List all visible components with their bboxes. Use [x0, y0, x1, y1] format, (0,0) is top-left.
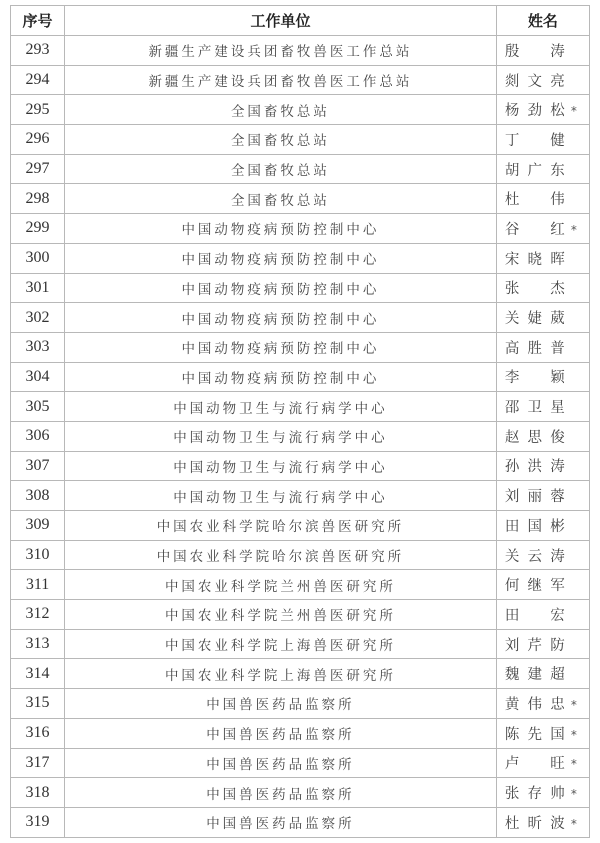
work-unit-cell: 中国农业科学院上海兽医研究所	[65, 659, 497, 689]
person-name: 高胜普	[505, 337, 567, 358]
person-name: 魏建超	[505, 663, 567, 684]
header-row: 序号 工作单位 姓名	[11, 6, 590, 36]
table-row: 293 新疆生产建设兵团畜牧兽医工作总站 殷 涛	[11, 36, 590, 66]
serial-number-cell: 297	[11, 154, 65, 184]
person-name: 杜 伟	[505, 188, 567, 209]
work-unit-cell: 中国动物疫病预防控制中心	[65, 243, 497, 273]
table-row: 315 中国兽医药品监察所 黄伟忠*	[11, 689, 590, 719]
serial-number-cell: 295	[11, 95, 65, 125]
asterisk-mark: *	[571, 757, 579, 771]
table-row: 294 新疆生产建设兵团畜牧兽医工作总站 剡文亮	[11, 65, 590, 95]
name-cell: 何继军	[496, 570, 589, 600]
person-name: 张 杰	[505, 277, 567, 298]
work-unit-cell: 中国动物疫病预防控制中心	[65, 362, 497, 392]
work-unit-cell: 中国农业科学院兰州兽医研究所	[65, 600, 497, 630]
name-cell: 宋晓晖	[496, 243, 589, 273]
name-cell: 邵卫星	[496, 392, 589, 422]
work-unit-cell: 中国兽医药品监察所	[65, 689, 497, 719]
name-cell: 杜昕波*	[496, 807, 589, 837]
work-unit-cell: 中国动物疫病预防控制中心	[65, 332, 497, 362]
serial-number-cell: 294	[11, 65, 65, 95]
asterisk-mark: *	[571, 698, 579, 712]
person-name: 黄伟忠	[505, 693, 567, 714]
header-work-unit: 工作单位	[65, 6, 497, 36]
serial-number-cell: 299	[11, 214, 65, 244]
person-name: 邵卫星	[505, 396, 567, 417]
serial-number-cell: 306	[11, 421, 65, 451]
serial-number-cell: 309	[11, 511, 65, 541]
person-name: 关婕葳	[505, 307, 567, 328]
work-unit-cell: 中国兽医药品监察所	[65, 807, 497, 837]
serial-number-cell: 310	[11, 540, 65, 570]
name-cell: 黄伟忠*	[496, 689, 589, 719]
serial-number-cell: 303	[11, 332, 65, 362]
table-row: 314 中国农业科学院上海兽医研究所 魏建超	[11, 659, 590, 689]
work-unit-cell: 中国兽医药品监察所	[65, 718, 497, 748]
serial-number-cell: 315	[11, 689, 65, 719]
serial-number-cell: 316	[11, 718, 65, 748]
work-unit-cell: 中国动物卫生与流行病学中心	[65, 421, 497, 451]
name-cell: 丁 健	[496, 125, 589, 155]
person-name: 殷 涛	[505, 40, 567, 61]
serial-number-cell: 296	[11, 125, 65, 155]
table-row: 311 中国农业科学院兰州兽医研究所 何继军	[11, 570, 590, 600]
serial-number-cell: 300	[11, 243, 65, 273]
name-cell: 杜 伟	[496, 184, 589, 214]
person-name: 卢 旺	[505, 752, 567, 773]
serial-number-cell: 307	[11, 451, 65, 481]
person-name: 赵思俊	[505, 426, 567, 447]
work-unit-cell: 全国畜牧总站	[65, 95, 497, 125]
serial-number-cell: 301	[11, 273, 65, 303]
name-cell: 关婕葳	[496, 303, 589, 333]
table-row: 304 中国动物疫病预防控制中心 李 颖	[11, 362, 590, 392]
table-row: 307 中国动物卫生与流行病学中心 孙洪涛	[11, 451, 590, 481]
asterisk-mark: *	[571, 104, 579, 118]
person-name: 田国彬	[505, 515, 567, 536]
work-unit-cell: 中国兽医药品监察所	[65, 778, 497, 808]
name-cell: 魏建超	[496, 659, 589, 689]
serial-number-cell: 317	[11, 748, 65, 778]
table-body: 293 新疆生产建设兵团畜牧兽医工作总站 殷 涛 294 新疆生产建设兵团畜牧兽…	[11, 36, 590, 838]
work-unit-cell: 中国动物卫生与流行病学中心	[65, 392, 497, 422]
name-cell: 卢 旺*	[496, 748, 589, 778]
name-cell: 田国彬	[496, 511, 589, 541]
serial-number-cell: 318	[11, 778, 65, 808]
work-unit-cell: 全国畜牧总站	[65, 125, 497, 155]
serial-number-cell: 314	[11, 659, 65, 689]
person-name: 刘芹防	[505, 634, 567, 655]
table-row: 301 中国动物疫病预防控制中心 张 杰	[11, 273, 590, 303]
serial-number-cell: 304	[11, 362, 65, 392]
asterisk-mark: *	[571, 728, 579, 742]
person-name: 杨劲松	[505, 99, 567, 120]
table-row: 297 全国畜牧总站 胡广东	[11, 154, 590, 184]
table-row: 305 中国动物卫生与流行病学中心 邵卫星	[11, 392, 590, 422]
work-unit-cell: 全国畜牧总站	[65, 184, 497, 214]
work-unit-cell: 中国动物卫生与流行病学中心	[65, 481, 497, 511]
asterisk-mark: *	[571, 817, 579, 831]
serial-number-cell: 312	[11, 600, 65, 630]
name-cell: 赵思俊	[496, 421, 589, 451]
serial-number-cell: 293	[11, 36, 65, 66]
work-unit-cell: 新疆生产建设兵团畜牧兽医工作总站	[65, 36, 497, 66]
table-row: 303 中国动物疫病预防控制中心 高胜普	[11, 332, 590, 362]
name-cell: 刘丽蓉	[496, 481, 589, 511]
table-row: 295 全国畜牧总站 杨劲松*	[11, 95, 590, 125]
asterisk-mark: *	[571, 223, 579, 237]
table-row: 310 中国农业科学院哈尔滨兽医研究所 关云涛	[11, 540, 590, 570]
person-name: 谷 红	[505, 218, 567, 239]
name-cell: 剡文亮	[496, 65, 589, 95]
work-unit-cell: 中国动物疫病预防控制中心	[65, 303, 497, 333]
name-cell: 张 杰	[496, 273, 589, 303]
name-cell: 孙洪涛	[496, 451, 589, 481]
name-cell: 李 颖	[496, 362, 589, 392]
person-name: 孙洪涛	[505, 455, 567, 476]
work-unit-cell: 中国农业科学院哈尔滨兽医研究所	[65, 511, 497, 541]
name-cell: 关云涛	[496, 540, 589, 570]
work-unit-cell: 新疆生产建设兵团畜牧兽医工作总站	[65, 65, 497, 95]
table-row: 306 中国动物卫生与流行病学中心 赵思俊	[11, 421, 590, 451]
name-cell: 刘芹防	[496, 629, 589, 659]
name-cell: 田 宏	[496, 600, 589, 630]
person-name: 杜昕波	[505, 812, 567, 833]
person-name: 宋晓晖	[505, 248, 567, 269]
serial-number-cell: 302	[11, 303, 65, 333]
person-name: 丁 健	[505, 129, 567, 150]
work-unit-cell: 中国农业科学院哈尔滨兽医研究所	[65, 540, 497, 570]
serial-number-cell: 313	[11, 629, 65, 659]
table-row: 308 中国动物卫生与流行病学中心 刘丽蓉	[11, 481, 590, 511]
name-cell: 高胜普	[496, 332, 589, 362]
work-unit-cell: 中国动物疫病预防控制中心	[65, 273, 497, 303]
table-row: 296 全国畜牧总站 丁 健	[11, 125, 590, 155]
table-row: 309 中国农业科学院哈尔滨兽医研究所 田国彬	[11, 511, 590, 541]
work-unit-cell: 全国畜牧总站	[65, 154, 497, 184]
table-row: 298 全国畜牧总站 杜 伟	[11, 184, 590, 214]
person-name: 李 颖	[505, 366, 567, 387]
table-row: 316 中国兽医药品监察所 陈先国*	[11, 718, 590, 748]
person-name: 胡广东	[505, 159, 567, 180]
serial-number-cell: 319	[11, 807, 65, 837]
asterisk-mark: *	[571, 787, 579, 801]
person-name: 何继军	[505, 574, 567, 595]
table-row: 319 中国兽医药品监察所 杜昕波*	[11, 807, 590, 837]
table-row: 317 中国兽医药品监察所 卢 旺*	[11, 748, 590, 778]
person-name: 田 宏	[505, 604, 567, 625]
work-unit-cell: 中国兽医药品监察所	[65, 748, 497, 778]
table-row: 302 中国动物疫病预防控制中心 关婕葳	[11, 303, 590, 333]
person-name: 陈先国	[505, 723, 567, 744]
name-cell: 殷 涛	[496, 36, 589, 66]
table-row: 313 中国农业科学院上海兽医研究所 刘芹防	[11, 629, 590, 659]
serial-number-cell: 298	[11, 184, 65, 214]
name-cell: 陈先国*	[496, 718, 589, 748]
table-row: 299 中国动物疫病预防控制中心 谷 红*	[11, 214, 590, 244]
table-row: 318 中国兽医药品监察所 张存帅*	[11, 778, 590, 808]
table-row: 300 中国动物疫病预防控制中心 宋晓晖	[11, 243, 590, 273]
work-unit-cell: 中国农业科学院上海兽医研究所	[65, 629, 497, 659]
person-name: 张存帅	[505, 782, 567, 803]
person-name: 剡文亮	[505, 70, 567, 91]
personnel-table: 序号 工作单位 姓名 293 新疆生产建设兵团畜牧兽医工作总站 殷 涛 294 …	[10, 5, 590, 838]
work-unit-cell: 中国农业科学院兰州兽医研究所	[65, 570, 497, 600]
work-unit-cell: 中国动物卫生与流行病学中心	[65, 451, 497, 481]
person-name: 关云涛	[505, 545, 567, 566]
table-row: 312 中国农业科学院兰州兽医研究所 田 宏	[11, 600, 590, 630]
header-name: 姓名	[496, 6, 589, 36]
serial-number-cell: 308	[11, 481, 65, 511]
serial-number-cell: 305	[11, 392, 65, 422]
name-cell: 胡广东	[496, 154, 589, 184]
header-serial-number: 序号	[11, 6, 65, 36]
work-unit-cell: 中国动物疫病预防控制中心	[65, 214, 497, 244]
serial-number-cell: 311	[11, 570, 65, 600]
name-cell: 杨劲松*	[496, 95, 589, 125]
name-cell: 张存帅*	[496, 778, 589, 808]
name-cell: 谷 红*	[496, 214, 589, 244]
person-name: 刘丽蓉	[505, 485, 567, 506]
